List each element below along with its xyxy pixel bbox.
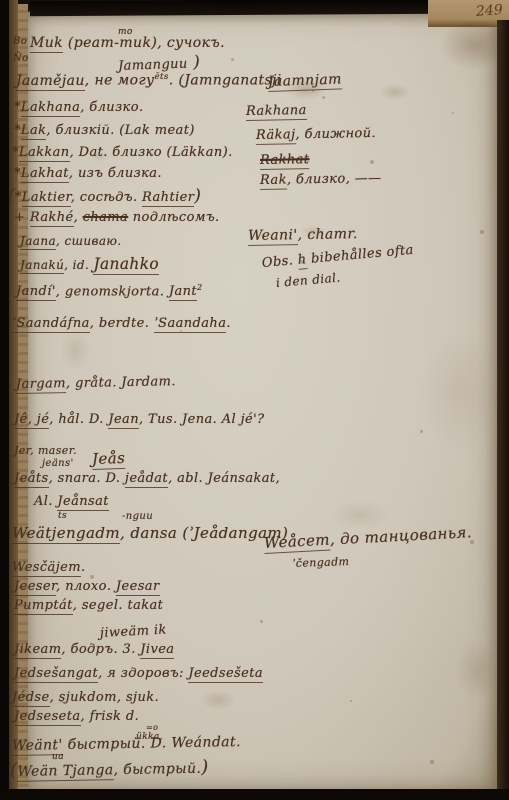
- text-segment: , segel. takat: [73, 598, 164, 613]
- text-segment: ): [194, 186, 201, 205]
- text-segment: Rakhat: [260, 152, 310, 170]
- text-segment: Jikeam: [14, 642, 61, 659]
- manuscript-line: *Lakhat, изъ близка.: [14, 166, 162, 181]
- manuscript-line: ts: [58, 511, 67, 521]
- manuscript-line: Jedseseta, frisk d.: [14, 709, 139, 724]
- text-segment: , сосѣдъ.: [71, 190, 142, 205]
- text-segment: , berdte.: [90, 316, 154, 331]
- text-segment: jeäns': [42, 458, 74, 469]
- manuscript-line: Jer, maser.: [14, 444, 77, 457]
- text-segment: , быстрый.: [113, 761, 201, 779]
- manuscript-line: Räkaj, ближной.: [256, 126, 376, 143]
- text-segment: .: [171, 374, 176, 389]
- manuscript-line: Weani', chamr.: [248, 226, 358, 244]
- foxing-spot: [370, 160, 374, 164]
- text-segment: Weätjengadm: [12, 524, 120, 544]
- manuscript-photo: 249 moBoÑoMuk (peam-muk), сучокъ.Jamangu…: [0, 0, 509, 800]
- manuscript-line: Jeås: [92, 449, 126, 468]
- text-segment: Wesčäjem: [12, 560, 81, 577]
- manuscript-line: Jeeser, плохо. Jeesar: [14, 579, 160, 594]
- manuscript-line: Pumptát, segel. takat: [14, 598, 163, 613]
- text-segment: Lakhana: [21, 100, 80, 117]
- text-segment: , genomskjorta.: [56, 284, 169, 299]
- text-segment: , не могу: [85, 73, 155, 89]
- text-segment: Jê, jé: [14, 412, 49, 429]
- text-segment: , gråta.: [66, 375, 122, 391]
- text-segment: , abl. Jeánsakat,: [168, 471, 280, 486]
- text-segment: ēts: [154, 72, 168, 82]
- text-segment: Jedsešangat: [14, 666, 98, 683]
- text-segment: *: [14, 166, 21, 181]
- foxing-spot: [231, 58, 234, 61]
- manuscript-line: Wesčäjem.: [12, 560, 86, 575]
- text-segment: Jant: [169, 284, 197, 301]
- text-segment: , id.: [64, 258, 93, 272]
- foxing-spot: [350, 700, 352, 702]
- text-segment: , chamr.: [297, 226, 357, 243]
- manuscript-line: Rakhat: [260, 152, 310, 168]
- manuscript-line: Muk (peam-muk), сучокъ.: [30, 35, 225, 51]
- text-segment: Weänt': [12, 737, 63, 756]
- manuscript-line: Rakhana: [246, 103, 307, 119]
- text-segment: -nguu: [122, 511, 153, 522]
- text-segment: ,: [74, 210, 83, 225]
- manuscript-line: *Lak, близкій. (Lak meat): [14, 123, 195, 138]
- manuscript-line: *Lakhana, близко.: [14, 100, 143, 115]
- text-segment: Rakhana: [246, 103, 307, 121]
- text-segment: , близкій. (Lak meat): [46, 123, 194, 138]
- text-segment: , бодръ. 3.: [61, 642, 140, 657]
- manuscript-line: Jaana, сшиваю.: [20, 234, 122, 248]
- text-segment: , я здоровъ:: [98, 666, 188, 681]
- text-segment: Lak: [21, 123, 46, 140]
- text-segment: Jeesar: [116, 579, 160, 596]
- manuscript-line: Rak, близко, ——: [260, 171, 382, 188]
- text-segment: *: [14, 123, 21, 138]
- manuscript-line: Jedsešangat, я здоровъ: Jeedsešeta: [14, 666, 263, 681]
- text-segment: , изъ близка.: [69, 166, 162, 181]
- text-segment: Jaamnjam: [268, 71, 342, 92]
- text-segment: , dansa (: [120, 524, 189, 542]
- manuscript-line: Jeåts, snara. D. jeådat, abl. Jeánsakat,: [14, 471, 280, 486]
- text-segment: *: [15, 190, 22, 205]
- text-segment: , frisk d.: [81, 709, 140, 724]
- manuscript-line: *Lakkan, Dat. близко (Läkkan).: [12, 145, 233, 160]
- text-segment: (peam-muk), сучокъ.: [63, 35, 225, 51]
- manuscript-line: Jaamějau, не могуēts. (Jamnganatsji: [16, 72, 282, 89]
- text-segment: Jean: [108, 412, 139, 429]
- text-segment: +: [14, 210, 30, 225]
- manuscript-line: -nguu: [122, 511, 153, 522]
- text-segment: , ближной.: [295, 126, 376, 142]
- manuscript-line: (Weän Tjanga, быстрый.): [10, 757, 209, 781]
- text-segment: jeådat: [125, 471, 168, 488]
- text-segment: , близко, ——: [287, 171, 382, 188]
- text-segment: Muk: [30, 35, 63, 53]
- text-segment: Lakkan: [19, 145, 70, 162]
- manuscript-line: jeäns': [42, 458, 74, 469]
- text-segment: Rahtier: [142, 190, 194, 207]
- text-segment: Bo: [13, 36, 27, 47]
- manuscript-line: Jê, jé, hål. D. Jean, Tus. Jena. Al jé'?: [14, 412, 264, 427]
- manuscript-line: Jikeam, бодръ. 3. Jivea: [14, 642, 174, 657]
- text-segment: ): [187, 52, 200, 71]
- text-segment: =o: [146, 723, 158, 732]
- text-segment: Lakhat: [21, 166, 69, 183]
- text-segment: ʾSaandaha: [154, 316, 227, 333]
- text-segment: Janakú: [20, 258, 64, 274]
- text-segment: ʾSaandáfna: [12, 316, 90, 333]
- text-segment: , hål. D.: [49, 412, 108, 427]
- text-segment: , Tus. Jena. Al jé'?: [139, 412, 264, 427]
- text-segment: Jaamějau: [16, 73, 85, 91]
- text-segment: Weani': [248, 227, 298, 246]
- text-segment: Al.: [34, 494, 57, 509]
- text-segment: ʾčengadm: [292, 555, 350, 570]
- text-segment: Jandí': [16, 284, 56, 301]
- manuscript-line: Weätjengadm, dansa (ʾJeådangam): [12, 524, 288, 542]
- text-segment: Rak: [260, 173, 287, 190]
- text-segment: подлѣсомъ.: [128, 210, 219, 225]
- text-segment: *: [14, 100, 21, 115]
- foxing-spot: [322, 96, 325, 99]
- paper-stain: [380, 84, 410, 100]
- manuscript-line: Jamanguu ): [118, 52, 201, 74]
- text-segment: быстрый. D. Weándat.: [63, 734, 241, 753]
- foxing-spot: [452, 112, 454, 114]
- book-edge-left: [0, 0, 9, 800]
- text-segment: . (: [169, 73, 185, 89]
- text-segment: chama: [83, 210, 128, 225]
- text-segment: Jedseseta: [14, 709, 81, 726]
- book-edge-right: [497, 20, 509, 800]
- text-segment: Jer, maser.: [14, 444, 77, 457]
- text-segment: Weåcem: [264, 531, 331, 554]
- text-segment: *: [12, 145, 19, 160]
- text-segment: Jardam: [121, 374, 171, 390]
- manuscript-line: Jédse, sjukdom, sjuk.: [12, 690, 159, 705]
- text-segment: .: [81, 560, 86, 575]
- paper-stain: [200, 690, 236, 710]
- text-segment: Janahko: [93, 255, 159, 275]
- book-edge-top: [30, 0, 444, 16]
- text-segment: Jaana: [20, 234, 56, 250]
- text-segment: Weän Tjanga: [17, 762, 113, 782]
- foxing-spot: [480, 230, 484, 234]
- paper-stain: [440, 20, 509, 70]
- text-segment: Jeåts: [14, 471, 49, 488]
- text-segment: Pumptát: [14, 598, 73, 615]
- text-segment: (: [8, 186, 15, 205]
- text-segment: , sjukdom, sjuk.: [50, 690, 159, 705]
- text-segment: Jeås: [92, 449, 126, 470]
- text-segment: Ño: [13, 53, 29, 64]
- manuscript-line: + Rakhé, chama подлѣсомъ.: [14, 210, 220, 225]
- text-segment: Jargam: [16, 376, 66, 394]
- foxing-spot: [420, 430, 423, 433]
- paper-stain: [330, 500, 390, 530]
- manuscript-line: Bo: [13, 36, 27, 47]
- manuscript-line: Jandí', genomskjorta. Jant2: [16, 283, 203, 299]
- manuscript-line: (*Laktier, сосѣдъ. Rahtier): [8, 186, 201, 205]
- paper-stain: [60, 330, 90, 370]
- text-segment: , близко.: [80, 100, 143, 115]
- text-segment: Räkaj: [256, 127, 296, 145]
- text-segment: ): [201, 757, 209, 778]
- foxing-spot: [430, 760, 434, 764]
- manuscript-line: =o: [146, 723, 158, 732]
- manuscript-line: ʾSaandáfna, berdte. ʾSaandaha.: [12, 316, 231, 331]
- text-segment: Laktier: [22, 190, 71, 207]
- text-segment: Rakhé: [30, 210, 74, 227]
- text-segment: Jédse: [12, 690, 50, 707]
- paper-stain: [420, 330, 500, 450]
- text-segment: Obs.: [261, 253, 298, 271]
- page-number: 249: [475, 2, 503, 20]
- text-segment: , сшиваю.: [56, 234, 122, 248]
- text-segment: Jeedsešeta: [188, 666, 263, 683]
- book-edge-bottom: [0, 789, 509, 800]
- text-segment: , snara. D.: [49, 471, 125, 486]
- manuscript-line: Jaamnjam: [268, 71, 342, 90]
- text-segment: Jeånsat: [57, 494, 108, 511]
- manuscript-line: Jargam, gråta. Jardam.: [16, 374, 176, 392]
- manuscript-line: Ño: [13, 53, 29, 64]
- manuscript-line: Janakú, id. Janahko: [20, 255, 159, 273]
- manuscript-line: ʾčengadm: [292, 555, 350, 570]
- text-segment: 2: [197, 283, 203, 292]
- text-segment: , плохо.: [56, 579, 116, 594]
- text-segment: Jeeser: [14, 579, 56, 596]
- text-segment: , Dat. близко (Läkkan).: [70, 145, 233, 160]
- text-segment: .: [226, 316, 231, 331]
- text-segment: ts: [58, 511, 67, 521]
- foxing-spot: [260, 620, 263, 623]
- paper-stain: [455, 640, 499, 700]
- manuscript-line: Al. Jeånsat: [34, 494, 109, 509]
- text-segment: Jivea: [140, 642, 174, 659]
